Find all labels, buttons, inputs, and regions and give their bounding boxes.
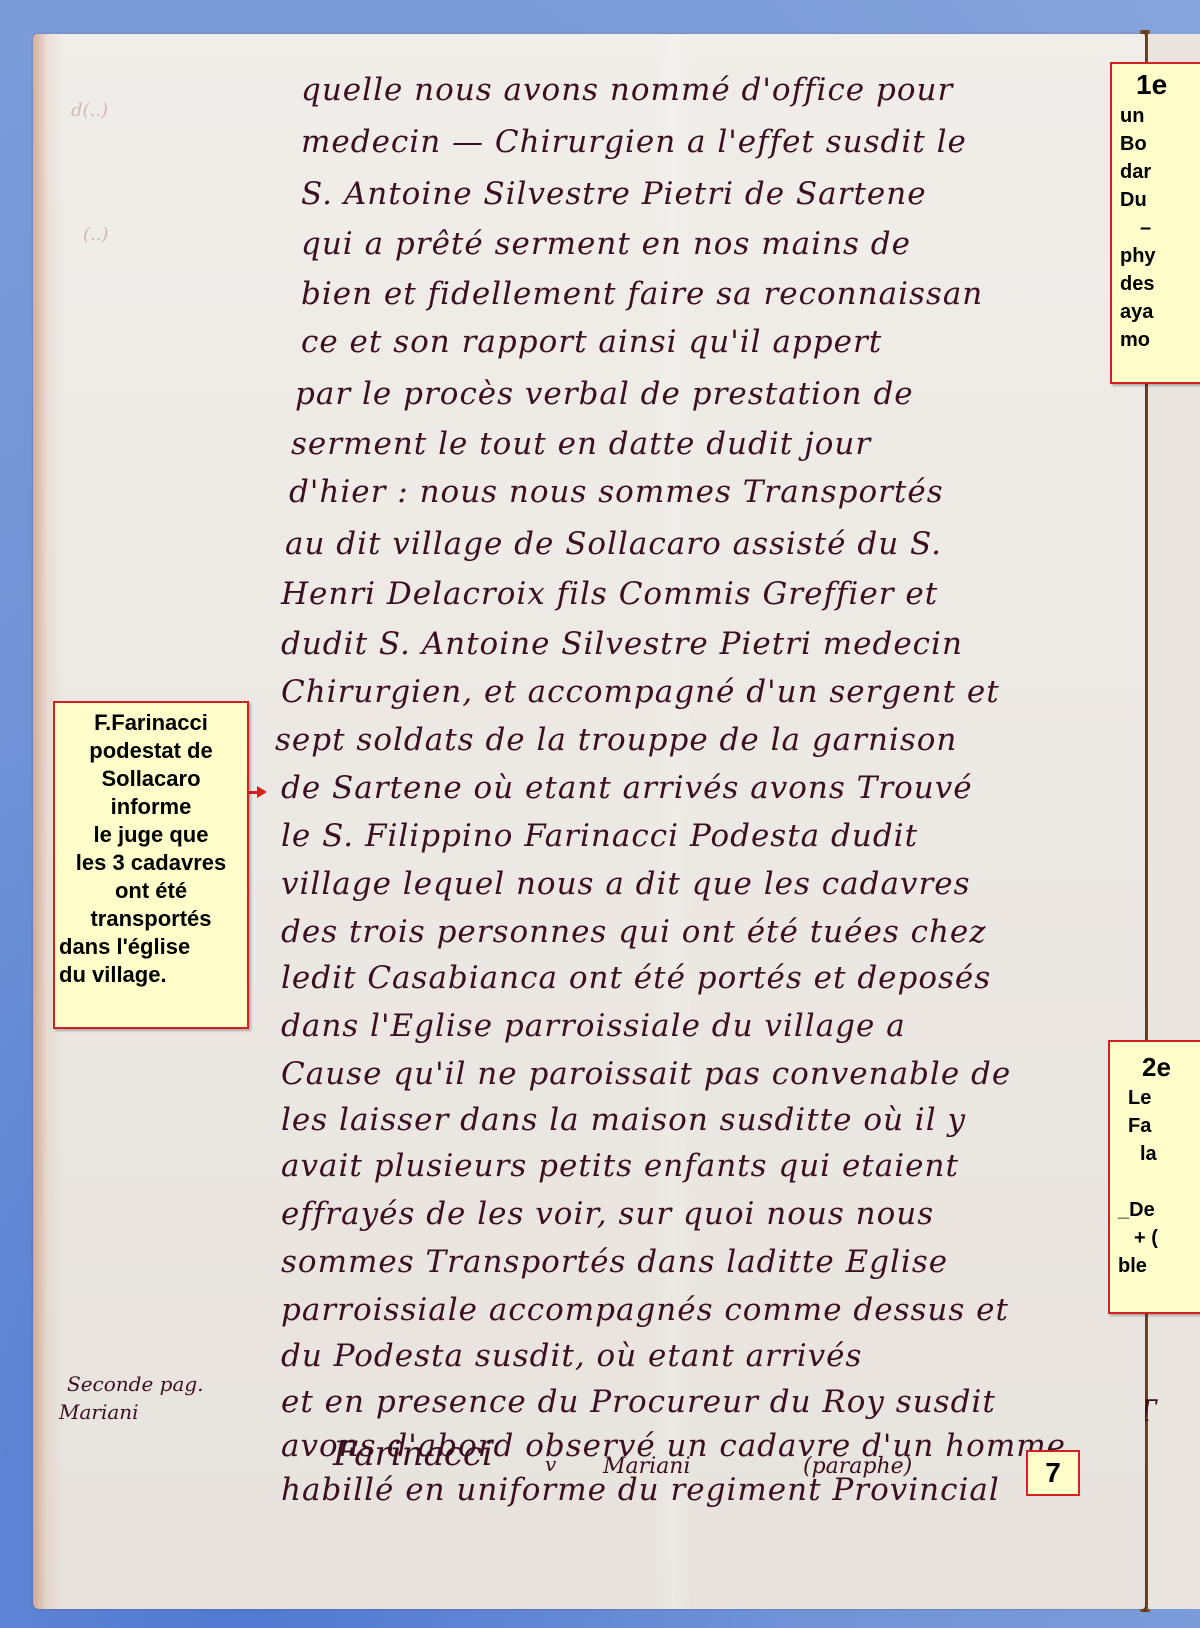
manuscript-line: effrayés de les voir, sur quoi nous nous xyxy=(281,1196,934,1232)
manuscript-line: ce et son rapport ainsi qu'il appert xyxy=(301,324,882,360)
annotation-line: dar xyxy=(1120,158,1200,186)
signature-mark: v xyxy=(545,1452,556,1476)
annotation-line: les 3 cadavres xyxy=(55,849,247,877)
annotation-line: des xyxy=(1120,270,1200,298)
annotation-box-right-2: 2e Le Fa la _De + ( ble xyxy=(1108,1040,1200,1314)
manuscript-line: Cause qu'il ne paroissait pas convenable… xyxy=(281,1056,1011,1092)
annotation-heading: 1e xyxy=(1120,68,1200,102)
manuscript-line: sept soldats de la trouppe de la garniso… xyxy=(275,722,957,758)
annotation-box-right-1: 1e un Bo dar Du – phy des aya mo xyxy=(1110,62,1200,384)
faint-margin-mark: d(..) xyxy=(71,100,108,121)
manuscript-line: dans l'Eglise parroissiale du village a xyxy=(281,1008,906,1044)
annotation-line: la xyxy=(1118,1140,1200,1168)
annotation-line: – xyxy=(1120,214,1200,242)
annotation-line: ont été xyxy=(55,877,247,905)
annotation-blank-line xyxy=(1118,1168,1200,1196)
annotation-line: Le xyxy=(1118,1084,1200,1112)
margin-note-page: Seconde pag. xyxy=(67,1372,204,1396)
manuscript-line: village lequel nous a dit que les cadavr… xyxy=(281,866,971,902)
manuscript-line: de Sartene où etant arrivés avons Trouvé xyxy=(281,770,973,806)
manuscript-line: Chirurgien, et accompagné d'un sergent e… xyxy=(281,674,1000,710)
annotation-line: + ( xyxy=(1118,1224,1200,1252)
annotation-line: informe xyxy=(55,793,247,821)
annotation-line: phy xyxy=(1120,242,1200,270)
manuscript-line: d'hier : nous nous sommes Transportés xyxy=(289,474,944,510)
manuscript-line: des trois personnes qui ont été tuées ch… xyxy=(281,914,987,950)
manuscript-line: bien et fidellement faire sa reconnaissa… xyxy=(301,276,983,312)
manuscript-line: au dit village de Sollacaro assisté du S… xyxy=(285,526,942,562)
manuscript-line: et en presence du Procureur du Roy susdi… xyxy=(281,1384,996,1420)
annotation-line: aya xyxy=(1120,298,1200,326)
manuscript-line: le S. Filippino Farinacci Podesta dudit xyxy=(281,818,918,854)
signature-mariani: Mariani xyxy=(603,1454,691,1479)
manuscript-line: Henri Delacroix fils Commis Greffier et xyxy=(281,576,938,612)
margin-note-signature: Mariani xyxy=(59,1400,139,1424)
annotation-line: ble xyxy=(1118,1252,1200,1280)
annotation-line: mo xyxy=(1120,326,1200,354)
annotation-heading: 2e xyxy=(1118,1050,1200,1084)
signature-flourish: (paraphe) xyxy=(803,1454,912,1479)
manuscript-line: par le procès verbal de prestation de xyxy=(295,376,914,412)
annotation-line: transportés xyxy=(55,905,247,933)
manuscript-line: dudit S. Antoine Silvestre Pietri medeci… xyxy=(281,626,963,662)
manuscript-line: S. Antoine Silvestre Pietri de Sartene xyxy=(301,176,927,212)
annotation-line: F.Farinacci xyxy=(55,709,247,737)
annotation-line: le juge que xyxy=(55,821,247,849)
annotation-line: Fa xyxy=(1118,1112,1200,1140)
manuscript-line: avait plusieurs petits enfants qui etaie… xyxy=(281,1148,959,1184)
annotation-line: Sollacaro xyxy=(55,765,247,793)
manuscript-line: serment le tout en datte dudit jour xyxy=(291,426,871,462)
annotation-line: Du xyxy=(1120,186,1200,214)
annotation-line: un xyxy=(1120,102,1200,130)
annotation-line: dans l'église xyxy=(55,933,247,961)
manuscript-line: medecin — Chirurgien a l'effet susdit le xyxy=(301,124,967,160)
annotation-line: Bo xyxy=(1120,130,1200,158)
signature-farinacci: Farinacci xyxy=(333,1434,493,1474)
manuscript-line: qui a prêté serment en nos mains de xyxy=(301,226,911,262)
manuscript-line: parroissiale accompagnés comme dessus et xyxy=(281,1292,1009,1328)
manuscript-line: sommes Transportés dans laditte Eglise xyxy=(281,1244,948,1280)
faint-margin-mark: (..) xyxy=(83,224,109,245)
manuscript-line: ledit Casabianca ont été portés et depos… xyxy=(281,960,991,996)
annotation-line: _De xyxy=(1118,1196,1200,1224)
annotation-line: podestat de xyxy=(55,737,247,765)
annotation-line: du village. xyxy=(55,961,247,989)
annotation-box-left: F.Farinacci podestat de Sollacaro inform… xyxy=(53,701,249,1029)
manuscript-line: du Podesta susdit, où etant arrivés xyxy=(281,1338,862,1374)
manuscript-line: quelle nous avons nommé d'office pour xyxy=(301,72,953,108)
manuscript-line: les laisser dans la maison susditte où i… xyxy=(281,1102,966,1138)
page-number-badge: 7 xyxy=(1026,1450,1080,1496)
